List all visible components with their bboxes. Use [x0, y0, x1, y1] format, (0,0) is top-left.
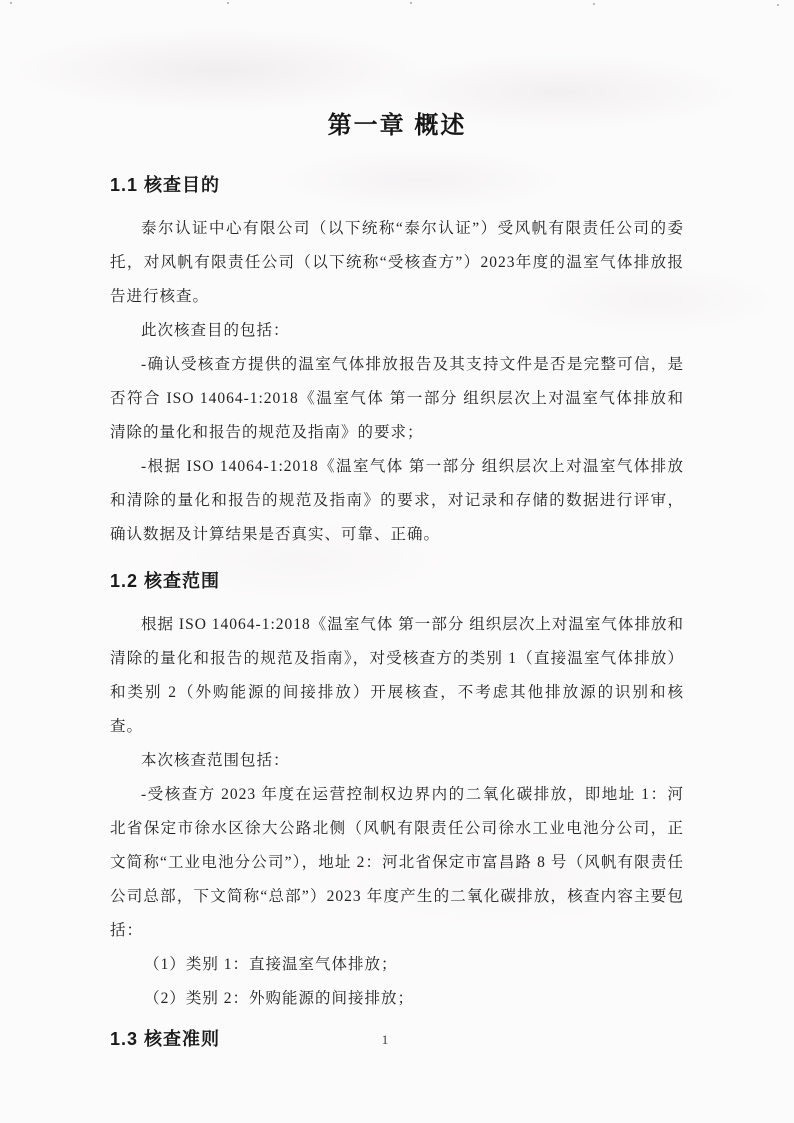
- paragraph-purpose-item-1: -确认受核查方提供的温室气体排放报告及其支持文件是否是完整可信，是否符合 ISO…: [110, 348, 684, 450]
- list-item-category-2: （2）类别 2：外购能源的间接排放；: [110, 982, 684, 1016]
- paragraph-scope-intro: 根据 ISO 14064-1:2018《温室气体 第一部分 组织层次上对温室气体…: [110, 608, 684, 744]
- section-heading-1-1: 1.1 核查目的: [110, 172, 684, 198]
- scan-artifact-dot: [10, 2, 12, 4]
- chapter-title: 第一章 概述: [110, 110, 684, 142]
- list-item-category-1: （1）类别 1：直接温室气体排放；: [110, 948, 684, 982]
- paragraph-purpose-intro: 泰尔认证中心有限公司（以下统称“泰尔认证”）受风帆有限责任公司的委托，对风帆有限…: [110, 212, 684, 314]
- section-heading-1-2: 1.2 核查范围: [110, 568, 684, 594]
- document-content: 第一章 概述 1.1 核查目的 泰尔认证中心有限公司（以下统称“泰尔认证”）受风…: [110, 0, 684, 1066]
- paragraph-scope-boundary: -受核查方 2023 年度在运营控制权边界内的二氧化碳排放，即地址 1：河北省保…: [110, 778, 684, 948]
- document-page: 第一章 概述 1.1 核查目的 泰尔认证中心有限公司（以下统称“泰尔认证”）受风…: [0, 0, 794, 1123]
- page-number: 1: [0, 1032, 770, 1048]
- paragraph-purpose-lead: 此次核查目的包括：: [110, 314, 684, 348]
- scan-artifact-dot: [777, 4, 779, 6]
- paragraph-purpose-item-2: -根据 ISO 14064-1:2018《温室气体 第一部分 组织层次上对温室气…: [110, 450, 684, 552]
- paragraph-scope-lead: 本次核查范围包括：: [110, 744, 684, 778]
